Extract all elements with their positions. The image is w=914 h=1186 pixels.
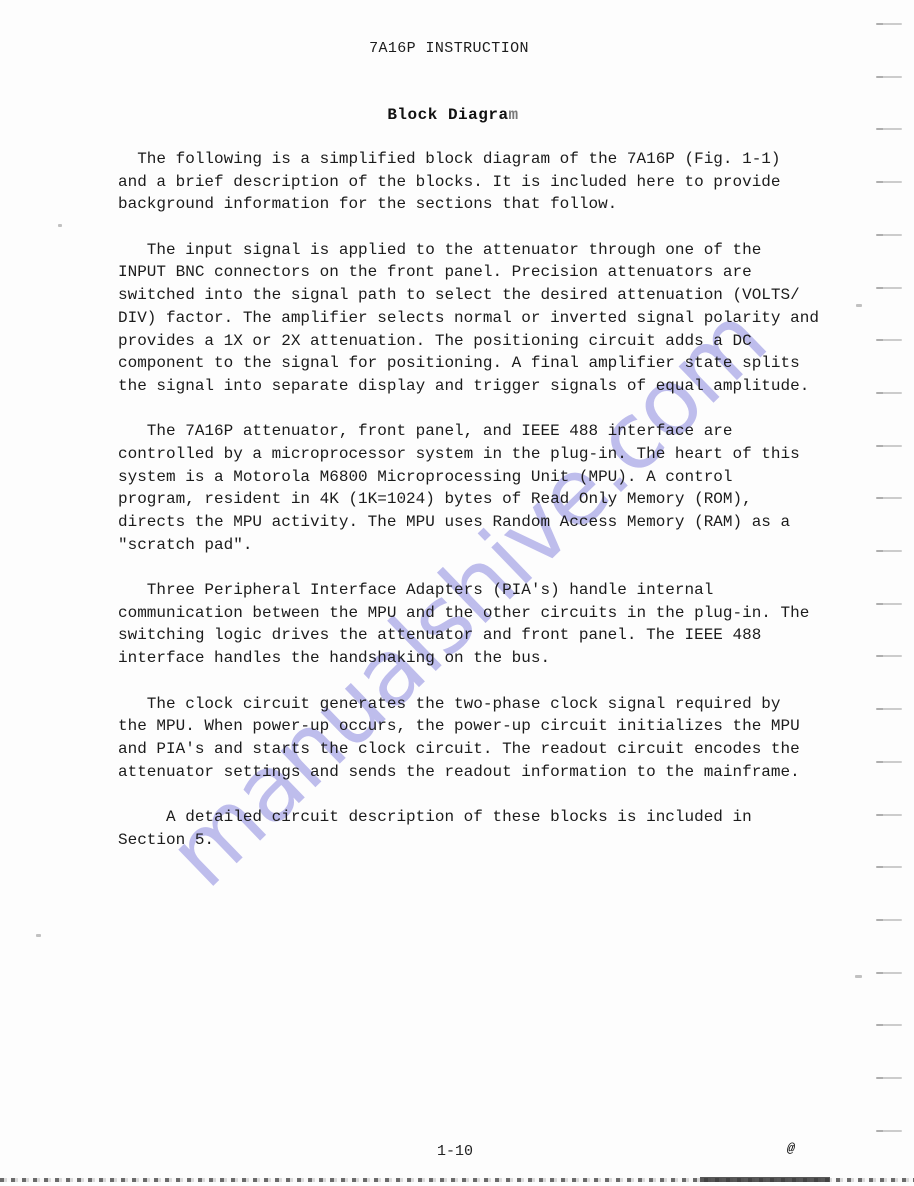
scan-speck xyxy=(856,304,862,307)
scan-tick-mark xyxy=(876,128,902,130)
section-title: Block Diagram xyxy=(0,106,910,124)
scan-tick-mark xyxy=(876,655,902,657)
text-line: interface handles the handshaking on the… xyxy=(118,647,848,670)
text-line: switching logic drives the attenuator an… xyxy=(118,624,848,647)
text-line: provides a 1X or 2X attenuation. The pos… xyxy=(118,330,848,353)
text-line: and a brief description of the blocks. I… xyxy=(118,171,848,194)
text-line: program, resident in 4K (1K=1024) bytes … xyxy=(118,488,848,511)
document-page: manualshive.com 7A16P INSTRUCTION Block … xyxy=(0,0,914,1186)
text-line: component to the signal for positioning.… xyxy=(118,352,848,375)
copyright-mark: @ xyxy=(787,1141,795,1156)
scan-tick-mark xyxy=(876,550,902,552)
text-line: Three Peripheral Interface Adapters (PIA… xyxy=(118,579,848,602)
scan-tick-mark xyxy=(876,76,902,78)
scan-tick-mark xyxy=(876,708,902,710)
paragraph: A detailed circuit description of these … xyxy=(118,806,848,851)
text-line: The following is a simplified block diag… xyxy=(118,148,848,171)
text-line: The 7A16P attenuator, front panel, and I… xyxy=(118,420,848,443)
text-line: the MPU. When power-up occurs, the power… xyxy=(118,715,848,738)
scan-tick-mark xyxy=(876,1077,902,1079)
scan-speck xyxy=(36,934,41,937)
scan-tick-mark xyxy=(876,814,902,816)
scan-tick-mark xyxy=(876,287,902,289)
text-line: The input signal is applied to the atten… xyxy=(118,239,848,262)
scan-tick-mark xyxy=(876,919,902,921)
scan-tick-mark xyxy=(876,761,902,763)
scan-tick-mark xyxy=(876,866,902,868)
paragraph: The input signal is applied to the atten… xyxy=(118,239,848,398)
scan-tick-mark xyxy=(876,339,902,341)
text-line: background information for the sections … xyxy=(118,193,848,216)
section-title-faded-letter: m xyxy=(509,106,519,124)
scan-bottom-edge-dark-segment xyxy=(700,1177,830,1182)
text-line: system is a Motorola M6800 Microprocessi… xyxy=(118,466,848,489)
body-text: The following is a simplified block diag… xyxy=(118,148,848,851)
scan-tick-mark xyxy=(876,392,902,394)
text-line: switched into the signal path to select … xyxy=(118,284,848,307)
scan-tick-mark xyxy=(876,972,902,974)
scan-tick-mark xyxy=(876,234,902,236)
paragraph: The clock circuit generates the two-phas… xyxy=(118,693,848,784)
scan-speck xyxy=(855,975,862,978)
scan-tick-mark xyxy=(876,445,902,447)
scan-bottom-edge-strip xyxy=(0,1178,914,1182)
section-title-main: Block Diagra xyxy=(387,106,508,124)
text-line: INPUT BNC connectors on the front panel.… xyxy=(118,261,848,284)
scan-tick-mark xyxy=(876,23,902,25)
text-line: controlled by a microprocessor system in… xyxy=(118,443,848,466)
scan-tick-mark xyxy=(876,1130,902,1132)
paragraph: The following is a simplified block diag… xyxy=(118,148,848,216)
page-number: 1-10 xyxy=(437,1143,473,1160)
text-line: communication between the MPU and the ot… xyxy=(118,602,848,625)
text-line: Section 5. xyxy=(118,829,848,852)
text-line: directs the MPU activity. The MPU uses R… xyxy=(118,511,848,534)
scan-tick-mark xyxy=(876,1024,902,1026)
scan-tick-mark xyxy=(876,497,902,499)
paragraph: The 7A16P attenuator, front panel, and I… xyxy=(118,420,848,556)
scan-tick-mark xyxy=(876,603,902,605)
text-line: DIV) factor. The amplifier selects norma… xyxy=(118,307,848,330)
text-line: The clock circuit generates the two-phas… xyxy=(118,693,848,716)
scan-speck xyxy=(58,224,62,227)
text-line: the signal into separate display and tri… xyxy=(118,375,848,398)
scan-tick-mark xyxy=(876,181,902,183)
paragraph: Three Peripheral Interface Adapters (PIA… xyxy=(118,579,848,670)
text-line: and PIA's and starts the clock circuit. … xyxy=(118,738,848,761)
text-line: A detailed circuit description of these … xyxy=(118,806,848,829)
page-header: 7A16P INSTRUCTION xyxy=(0,40,906,57)
text-line: attenuator settings and sends the readou… xyxy=(118,761,848,784)
text-line: "scratch pad". xyxy=(118,534,848,557)
